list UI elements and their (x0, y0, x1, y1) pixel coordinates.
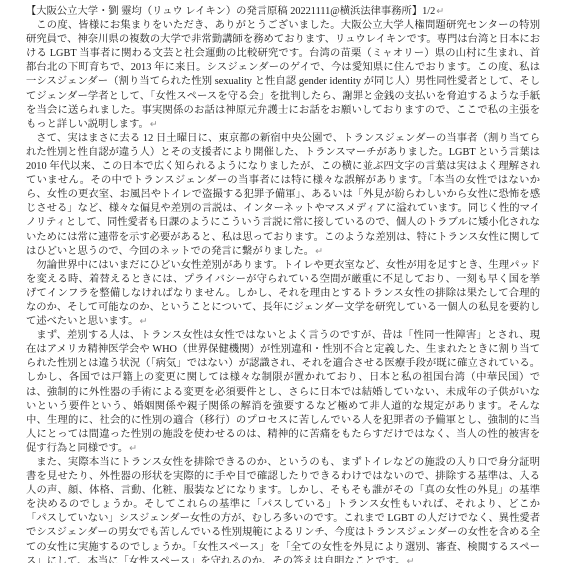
paragraph-return-mark: ↵ (138, 316, 147, 327)
paragraph-trans-march: さて、実はまさに去る 12 日土曜日に、東京都の新宿中央公園で、トランスジェンダ… (26, 132, 540, 259)
paragraph-text: まず、差別する人は、トランス女性は女性ではないとよく言うのですが、昔は「性同一性… (26, 330, 540, 454)
paragraph-text: さて、実はまさに去る 12 日土曜日に、東京都の新宿中央公園で、トランスジェンダ… (26, 133, 540, 257)
paragraph-text: また、実際本当にトランス女性を排除できるのか、というのも、まずトイレなどの施設の… (26, 457, 540, 563)
paragraph-return-mark: ↵ (405, 556, 414, 563)
paragraph-intro: この度、皆様にお集まりをいただき、ありがとうございました。大阪公立大学人権問題研… (26, 19, 540, 132)
paragraph-exclusion-feasibility: また、実際本当にトランス女性を排除できるのか、というのも、まずトイレなどの施設の… (26, 456, 540, 563)
paragraph-women-discrimination: 勿論世界中にはいまだにひどい女性差別があります。トイレや更衣室など、女性が用を足… (26, 259, 540, 329)
paragraph-text: 勿論世界中にはいまだにひどい女性差別があります。トイレや更衣室など、女性が用を足… (26, 260, 540, 327)
document-title: 【大阪公立大学・劉 靈均（リュウ レイキン）の発言原稿 20221111@横浜法… (26, 5, 540, 19)
document-title-text: 【大阪公立大学・劉 靈均（リュウ レイキン）の発言原稿 20221111@横浜法… (26, 6, 435, 17)
paragraph-medical-legal: まず、差別する人は、トランス女性は女性ではないとよく言うのですが、昔は「性同一性… (26, 329, 540, 456)
paragraph-return-mark: ↵ (435, 6, 444, 17)
document-page: 【大阪公立大学・劉 靈均（リュウ レイキン）の発言原稿 20221111@横浜法… (0, 0, 563, 563)
paragraph-return-mark: ↵ (149, 119, 158, 130)
paragraph-text: この度、皆様にお集まりをいただき、ありがとうございました。大阪公立大学人権問題研… (26, 20, 540, 130)
paragraph-return-mark: ↵ (128, 443, 137, 454)
paragraph-return-mark: ↵ (314, 246, 323, 257)
